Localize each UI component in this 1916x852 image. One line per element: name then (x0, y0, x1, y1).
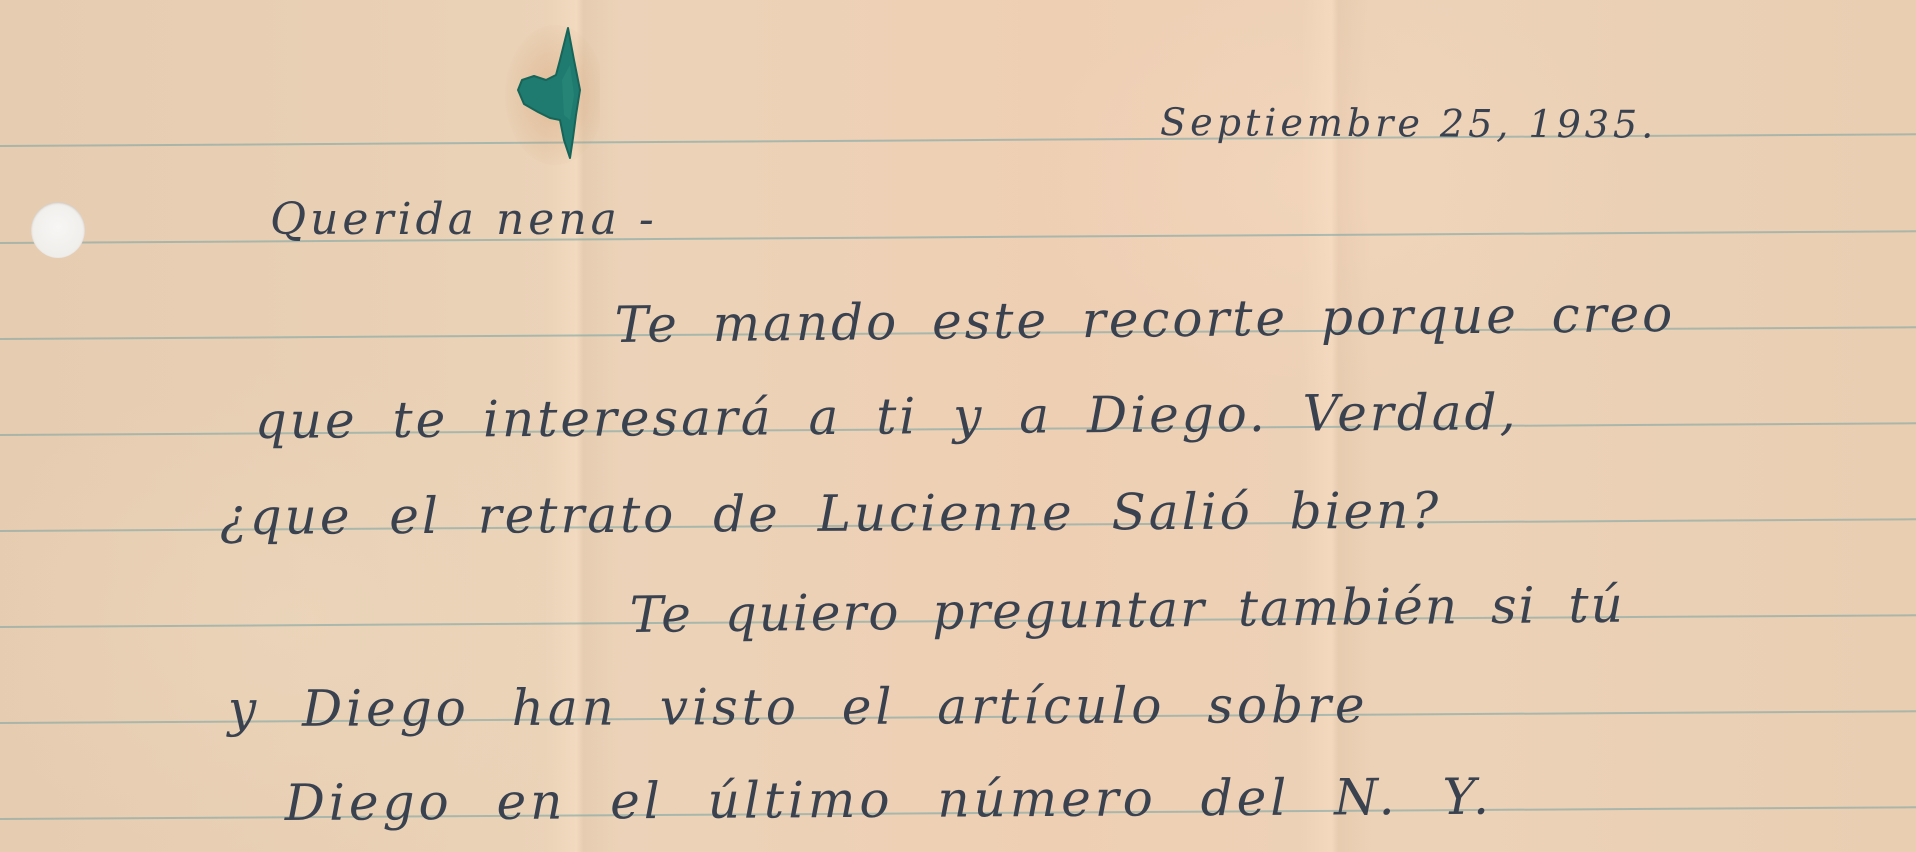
letter-line: Te quiero preguntar también si tú (629, 576, 1625, 644)
letter-line: Diego en el último número del N. Y. (285, 768, 1493, 832)
ink-blot-icon (500, 20, 600, 165)
letter-page: Septiembre 25, 1935. Querida nena - Te m… (0, 0, 1916, 852)
letter-line: y Diego han visto el artículo sobre (228, 676, 1369, 738)
letter-salutation: Querida nena - (270, 194, 658, 245)
punch-hole (31, 202, 85, 258)
letter-line: que te interesará a ti y a Diego. Verdad… (255, 383, 1519, 450)
letter-line: Te mando este recorte porque creo (614, 285, 1675, 354)
letter-date: Septiembre 25, 1935. (1160, 100, 1657, 147)
letter-line: ¿que el retrato de Lucienne Salió bien? (220, 482, 1442, 546)
